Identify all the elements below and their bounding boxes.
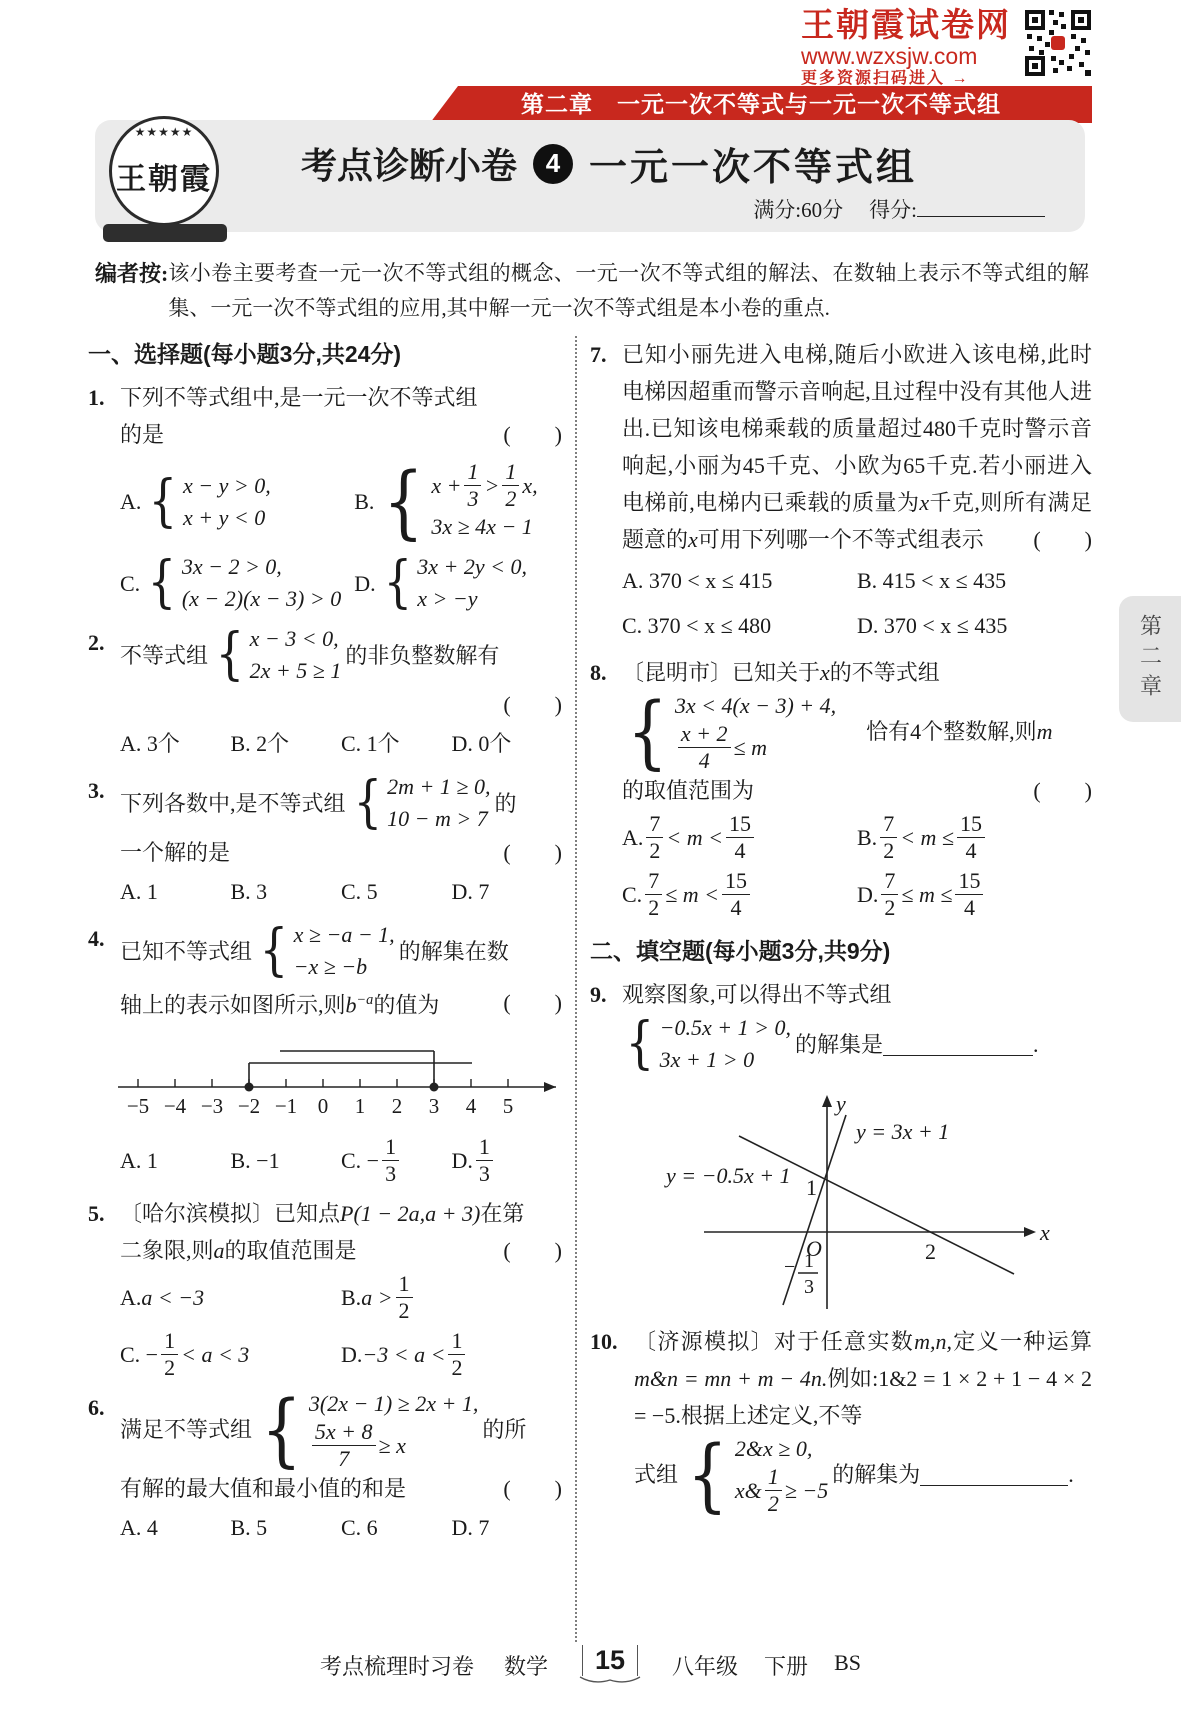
q4-stem-line2: 轴上的表示如图所示,则b−a的值为 ( ) (120, 982, 562, 1023)
question-10: 10. 〔济源模拟〕对于任意实数m,n,定义一种运算m&n = mn + m −… (590, 1323, 1092, 1515)
brace-glyph: { (261, 1392, 302, 1468)
q5-stem-line2: 二象限,则a的取值范围是 ( ) (120, 1232, 562, 1269)
question-5: 5. 〔哈尔滨模拟〕已知点P(1 − 2a,a + 3)在第 二象限,则a的取值… (88, 1195, 562, 1379)
book-icon (578, 1676, 642, 1686)
q4-option-d: D. 13 (452, 1136, 563, 1185)
answer-bracket: ( ) (503, 984, 562, 1021)
question-2: 2. 不等式组 { x − 3 < 0,2x + 5 ≥ 1 的非负整数解有 (… (88, 624, 562, 762)
q2-stem: 不等式组 { x − 3 < 0,2x + 5 ≥ 1 的非负整数解有 (120, 624, 562, 686)
inequality-system: { x − y > 0,x + y < 0 (145, 471, 270, 533)
full-score-label: 满分:60分 (753, 194, 843, 224)
question-1: 1. 下列不等式组中,是一元一次不等式组 的是 ( ) A. { x − y >… (88, 379, 562, 614)
q3-stem: 下列各数中,是不等式组 { 2m + 1 ≥ 0,10 − m > 7 的 (120, 772, 562, 834)
question-8-number: 8. (590, 654, 607, 691)
title-prefix: 考点诊断小卷 (301, 138, 517, 189)
brand-badge: ★★★★★ 王朝霞 (109, 116, 221, 236)
svg-text:−1: −1 (275, 1094, 297, 1118)
inequality-system: { x − 3 < 0,2x + 5 ≥ 1 (212, 624, 341, 686)
q7-option-d: D. 370 < x ≤ 435 (857, 607, 1092, 644)
svg-text:−: − (784, 1256, 795, 1278)
svg-text:−5: −5 (127, 1094, 149, 1118)
question-6-number: 6. (88, 1389, 105, 1426)
two-column-body: 一、选择题(每小题3分,共24分) 1. 下列不等式组中,是一元一次不等式组 的… (88, 336, 1092, 1642)
q4-options: A. 1 B. −1 C. −13 D. 13 (120, 1136, 562, 1185)
inequality-system: { 3x < 4(x − 3) + 4, x + 24 ≤ m (622, 691, 836, 772)
inequality-system: { 3x − 2 > 0,(x − 2)(x − 3) > 0 (144, 552, 341, 614)
q2-option-c: C. 1个 (341, 725, 452, 762)
paper-number-badge: 4 (533, 144, 573, 184)
q4-stem: 已知不等式组 { x ≥ −a − 1,−x ≥ −b 的解集在数 (120, 920, 562, 982)
score-row: 满分:60分 得分: (753, 194, 1045, 224)
q8-option-c: C. 72 ≤ m < 154 (622, 870, 857, 919)
editor-note-label: 编者按: (95, 256, 168, 326)
q6-stem: 满足不等式组 { 3(2x − 1) ≥ 2x + 1, 5x + 87 ≥ x… (120, 1389, 562, 1470)
q5-stem-line1: 〔哈尔滨模拟〕已知点P(1 − 2a,a + 3)在第 (120, 1195, 562, 1232)
svg-text:0: 0 (318, 1094, 329, 1118)
inequality-system: { x + 13 > 12x, 3x ≥ 4x − 1 (378, 461, 537, 542)
question-7-number: 7. (590, 336, 607, 373)
svg-text:y: y (834, 1091, 846, 1116)
brace-glyph: { (384, 464, 425, 540)
svg-text:y = −0.5x + 1: y = −0.5x + 1 (664, 1163, 791, 1188)
q6-option-b: B. 5 (231, 1509, 342, 1546)
inequality-system: { 2m + 1 ≥ 0,10 − m > 7 (350, 772, 491, 834)
svg-text:2: 2 (392, 1094, 403, 1118)
q1-stem-line2: 的是 ( ) (120, 416, 562, 453)
page-number: 15 (582, 1645, 638, 1676)
q3-option-d: D. 7 (452, 873, 563, 910)
q9-graph-figure: y x O 1 2 y = 3x + 1 y = −0.5x + 1 − 1 (622, 1077, 1092, 1313)
q8-stem-line2: 的取值范围为 ( ) (622, 772, 1092, 809)
svg-text:−3: −3 (201, 1094, 223, 1118)
chapter-side-tab: 第二章 (1119, 596, 1181, 722)
svg-text:1: 1 (804, 1250, 814, 1272)
question-10-number: 10. (590, 1323, 618, 1360)
svg-text:4: 4 (466, 1094, 477, 1118)
question-6: 6. 满足不等式组 { 3(2x − 1) ≥ 2x + 1, 5x + 87 … (88, 1389, 562, 1546)
svg-text:3: 3 (429, 1094, 440, 1118)
q9-system-row: { −0.5x + 1 > 0,3x + 1 > 0 的解集是 . (622, 1013, 1092, 1075)
q1-option-d: D. { 3x + 2y < 0,x > −y (354, 552, 562, 614)
q5-option-d: D. −3 < a < 12 (341, 1330, 562, 1379)
q2-option-b: B. 2个 (231, 725, 342, 762)
question-7: 7. 已知小丽先进入电梯,随后小欧进入该电梯,此时电梯因超重而警示音响起,且过程… (590, 336, 1092, 644)
q2-option-d: D. 0个 (452, 725, 563, 762)
question-4: 4. 已知不等式组 { x ≥ −a − 1,−x ≥ −b 的解集在数 轴上的… (88, 920, 562, 1185)
brace-glyph: { (353, 776, 382, 829)
question-8: 8. 〔昆明市〕已知关于x的不等式组 { 3x < 4(x − 3) + 4, … (590, 654, 1092, 919)
q6-option-d: D. 7 (452, 1509, 563, 1546)
q6-option-c: C. 6 (341, 1509, 452, 1546)
brand-badge-circle: ★★★★★ 王朝霞 (109, 116, 219, 226)
title-name: 一元一次不等式组 (589, 136, 917, 191)
q3-options: A. 1 B. 3 C. 5 D. 7 (120, 873, 562, 910)
badge-ribbon (103, 224, 227, 242)
question-5-number: 5. (88, 1195, 105, 1232)
q5-option-c: C. −12 < a < 3 (120, 1330, 341, 1379)
q7-option-c: C. 370 < x ≤ 480 (622, 607, 857, 644)
q3-stem-line2: 一个解的是 ( ) (120, 834, 562, 871)
q5-option-b: B. a > 12 (341, 1273, 562, 1322)
q10-stem: 〔济源模拟〕对于任意实数m,n,定义一种运算m&n = mn + m − 4n.… (634, 1323, 1092, 1434)
footer-edition: BS (834, 1650, 861, 1681)
question-3-number: 3. (88, 772, 105, 809)
brace-glyph: { (260, 924, 289, 977)
svg-text:5: 5 (503, 1094, 514, 1118)
question-2-number: 2. (88, 624, 105, 661)
q7-options: A. 370 < x ≤ 415 B. 415 < x ≤ 435 C. 370… (622, 562, 1092, 644)
score-blank-field (917, 195, 1045, 217)
q9-answer-blank (883, 1033, 1033, 1056)
paper-header: ★★★★★ 王朝霞 考点诊断小卷 4 一元一次不等式组 满分:60分 得分: (95, 120, 1085, 232)
svg-text:x: x (1039, 1220, 1050, 1245)
q7-option-a: A. 370 < x ≤ 415 (622, 562, 857, 599)
q3-option-c: C. 5 (341, 873, 452, 910)
svg-text:1: 1 (806, 1175, 817, 1200)
q4-option-a: A. 1 (120, 1136, 231, 1185)
svg-text:2: 2 (925, 1239, 936, 1264)
answer-bracket: ( ) (503, 416, 562, 453)
section-2-heading: 二、填空题(每小题3分,共9分) (590, 933, 1092, 966)
site-branding: 王朝霞试卷网 www.wzxsjw.com 更多资源扫码进入 → (801, 8, 1011, 90)
brace-glyph: { (687, 1437, 728, 1513)
q2-options: A. 3个 B. 2个 C. 1个 D. 0个 (120, 725, 562, 762)
answer-bracket: ( ) (503, 1470, 562, 1507)
brace-glyph: { (148, 556, 177, 609)
q7-stem: 已知小丽先进入电梯,随后小欧进入该电梯,此时电梯因超重而警示音响起,且过程中没有… (622, 336, 1092, 558)
page-number-badge: 15 (578, 1645, 642, 1686)
svg-text:−4: −4 (164, 1094, 187, 1118)
footer-series: 考点梳理时习卷 (320, 1650, 474, 1681)
q8-option-b: B. 72 < m ≤ 154 (857, 813, 1092, 862)
q8-option-a: A. 72 < m < 154 (622, 813, 857, 862)
stars-icon: ★★★★★ (112, 125, 216, 140)
section-1-heading: 一、选择题(每小题3分,共24分) (88, 336, 562, 369)
inequality-system: { 3(2x − 1) ≥ 2x + 1, 5x + 87 ≥ x (256, 1389, 478, 1470)
site-url: www.wzxsjw.com (801, 43, 1011, 69)
page-footer: 考点梳理时习卷 数学 15 八年级 下册 BS (0, 1645, 1181, 1686)
site-name: 王朝霞试卷网 (801, 8, 1011, 43)
q8-options: A. 72 < m < 154 B. 72 < m ≤ 154 C. 72 ≤ … (622, 813, 1092, 919)
brace-glyph: { (627, 694, 668, 770)
masthead: 王朝霞试卷网 www.wzxsjw.com 更多资源扫码进入 → (801, 8, 1093, 90)
exam-page: 王朝霞试卷网 www.wzxsjw.com 更多资源扫码进入 → 第二章 一元一… (0, 0, 1181, 1730)
inequality-system: { 2&x ≥ 0, x&12 ≥ −5 (682, 1434, 828, 1515)
paper-title: 考点诊断小卷 4 一元一次不等式组 (301, 136, 917, 191)
svg-text:1: 1 (355, 1094, 366, 1118)
question-1-number: 1. (88, 379, 105, 416)
answer-bracket: ( ) (1033, 772, 1092, 809)
question-9-number: 9. (590, 976, 607, 1013)
qr-code-icon (1023, 8, 1093, 78)
q9-stem-line1: 观察图象,可以得出不等式组 (622, 976, 1092, 1013)
editor-note: 编者按: 该小卷主要考查一元一次不等式组的概念、一元一次不等式组的解法、在数轴上… (95, 256, 1089, 326)
answer-bracket: ( ) (503, 834, 562, 871)
question-4-number: 4. (88, 920, 105, 957)
number-line-figure: −5−4 −3−2 −10 12 34 5 (110, 1029, 562, 1134)
q1-option-a: A. { x − y > 0,x + y < 0 (120, 461, 354, 542)
q8-system-row: { 3x < 4(x − 3) + 4, x + 24 ≤ m 恰有4个整数解,… (622, 691, 1092, 772)
q3-option-b: B. 3 (231, 873, 342, 910)
q5-option-a: A. a < −3 (120, 1273, 341, 1322)
q10-system-row: 式组 { 2&x ≥ 0, x&12 ≥ −5 的解集为 . (634, 1434, 1092, 1515)
q8-option-d: D. 72 ≤ m ≤ 154 (857, 870, 1092, 919)
answer-bracket: ( ) (1033, 521, 1092, 558)
editor-note-text: 该小卷主要考查一元一次不等式组的概念、一元一次不等式组的解法、在数轴上表示不等式… (168, 256, 1089, 326)
brace-glyph: { (216, 628, 245, 681)
answer-bracket: ( ) (503, 686, 562, 723)
footer-volume: 下册 (764, 1650, 808, 1681)
q1-stem-line1: 下列不等式组中,是一元一次不等式组 (120, 379, 562, 416)
q8-stem-line1: 〔昆明市〕已知关于x的不等式组 (622, 654, 1092, 691)
q6-options: A. 4 B. 5 C. 6 D. 7 (120, 1509, 562, 1546)
brace-glyph: { (383, 556, 412, 609)
inequality-system: { −0.5x + 1 > 0,3x + 1 > 0 (622, 1013, 791, 1075)
brand-name: 王朝霞 (116, 154, 212, 198)
question-9: 9. 观察图象,可以得出不等式组 { −0.5x + 1 > 0,3x + 1 … (590, 976, 1092, 1313)
left-column: 一、选择题(每小题3分,共24分) 1. 下列不等式组中,是一元一次不等式组 的… (88, 336, 562, 1642)
chapter-banner: 第二章 一元一次不等式与一元一次不等式组 (430, 86, 1092, 123)
right-column: 7. 已知小丽先进入电梯,随后小欧进入该电梯,此时电梯因超重而警示音响起,且过程… (590, 336, 1092, 1642)
q1-option-b: B. { x + 13 > 12x, 3x ≥ 4x − 1 (354, 461, 562, 542)
footer-edition-group: 八年级 下册 BS (672, 1650, 861, 1681)
svg-text:3: 3 (804, 1276, 814, 1298)
q3-option-a: A. 1 (120, 873, 231, 910)
footer-subject: 数学 (504, 1650, 548, 1681)
q2-bracket-line: ( ) (120, 686, 562, 723)
answer-bracket: ( ) (503, 1232, 562, 1269)
q5-options: A. a < −3 B. a > 12 C. −12 < a < 3 D. −3… (120, 1273, 562, 1379)
column-divider (575, 336, 577, 1642)
footer-grade: 八年级 (672, 1650, 738, 1681)
q1-option-c: C. { 3x − 2 > 0,(x − 2)(x − 3) > 0 (120, 552, 354, 614)
q4-option-c: C. −13 (341, 1136, 452, 1185)
inequality-system: { 3x + 2y < 0,x > −y (380, 552, 527, 614)
q7-option-b: B. 415 < x ≤ 435 (857, 562, 1092, 599)
brace-glyph: { (149, 475, 178, 528)
q4-option-b: B. −1 (231, 1136, 342, 1185)
svg-text:y = 3x + 1: y = 3x + 1 (854, 1119, 949, 1144)
q2-option-a: A. 3个 (120, 725, 231, 762)
q10-answer-blank (920, 1463, 1068, 1486)
brace-glyph: { (626, 1017, 655, 1070)
inequality-system: { x ≥ −a − 1,−x ≥ −b (256, 920, 395, 982)
svg-text:−2: −2 (238, 1094, 260, 1118)
question-3: 3. 下列各数中,是不等式组 { 2m + 1 ≥ 0,10 − m > 7 的… (88, 772, 562, 910)
q6-option-a: A. 4 (120, 1509, 231, 1546)
q1-options: A. { x − y > 0,x + y < 0 B. { x + 13 > 1… (120, 461, 562, 614)
score-label: 得分: (869, 194, 1045, 224)
q6-stem-line2: 有解的最大值和最小值的和是 ( ) (120, 1470, 562, 1507)
